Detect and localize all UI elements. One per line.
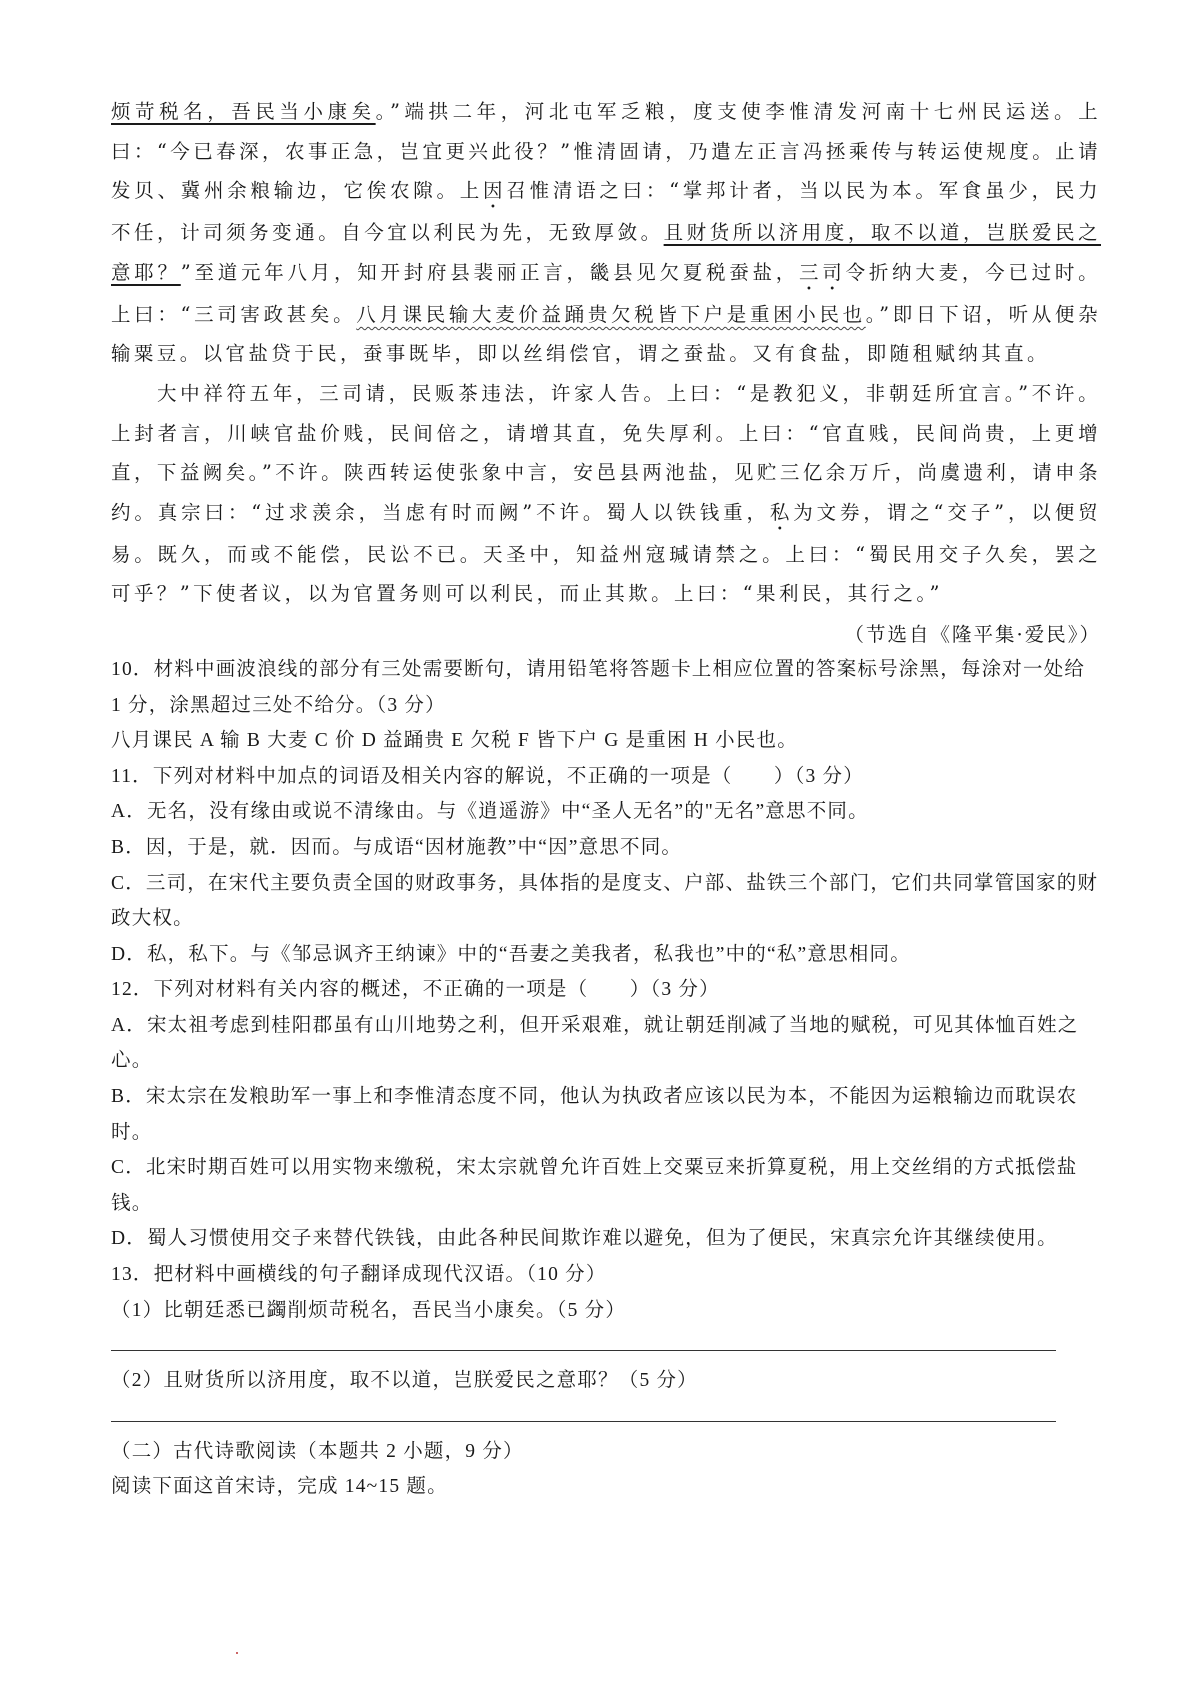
exam-page: 烦苛税名，吾民当小康矣。”端拱二年，河北屯军乏粮，度支使李惟清发河南十七州民运送… [111,92,1101,1505]
question-13-sub-1: （1）比朝廷悉已蠲削烦苛税名，吾民当小康矣。（5 分） [111,1293,1101,1329]
question-12-option-c: C．北宋时期百姓可以用实物来缴税，宋太宗就曾允许百姓上交粟豆来折算夏税，用上交丝… [111,1150,1101,1221]
question-11-option-c: C．三司，在宋代主要负责全国的财政事务，具体指的是度支、户部、盐铁三个部门，它们… [111,866,1101,937]
underlined-sentence-1: 烦苛税名，吾民当小康矣 [111,100,376,123]
dotted-word-sansi: 三司 [799,261,846,284]
answer-line-1[interactable] [111,1328,1056,1351]
stray-mark [236,1652,238,1654]
question-11-option-a: A．无名，没有缘由或说不清缘由。与《逍遥游》中“圣人无名”的"无名”意思不同。 [111,794,1101,830]
wavy-underlined-sentence: 八月课民输大麦价益踊贵欠税皆下户是重困小民也 [356,303,866,326]
question-11-stem: 11．下列对材料中加点的词语及相关内容的解说，不正确的一项是（ ）（3 分） [111,759,1101,795]
questions: 10．材料中画波浪线的部分有三处需要断句，请用铅笔将答题卡上相应位置的答案标号涂… [111,652,1101,1505]
dotted-word-si: 私 [770,501,793,524]
section-2-heading: （二）古代诗歌阅读（本题共 2 小题，9 分） [111,1434,1101,1470]
question-12-option-a: A．宋太祖考虑到桂阳郡虽有山川地势之利，但开采艰难，就让朝廷削减了当地的赋税，可… [111,1008,1101,1079]
section-2-instruction: 阅读下面这首宋诗，完成 14~15 题。 [111,1469,1101,1505]
passage-paragraph-1: 烦苛税名，吾民当小康矣。”端拱二年，河北屯军乏粮，度支使李惟清发河南十七州民运送… [111,92,1101,374]
question-10-segments: 八月课民 A 输 B 大麦 C 价 D 益踊贵 E 欠税 F 皆下户 G 是重困… [111,723,1101,759]
question-11-option-d: D．私，私下。与《邹忌讽齐王纳谏》中的“吾妻之美我者，私我也”中的“私”意思相同… [111,937,1101,973]
question-12-option-d: D．蜀人习惯使用交子来替代铁钱，由此各种民间欺诈难以避免，但为了便民，宋真宗允许… [111,1221,1101,1257]
question-10-stem: 10．材料中画波浪线的部分有三处需要断句，请用铅笔将答题卡上相应位置的答案标号涂… [111,652,1101,723]
dotted-word-yin: 因 [483,179,506,202]
question-13-stem: 13．把材料中画横线的句子翻译成现代汉语。（10 分） [111,1257,1101,1293]
question-11-option-b: B．因，于是，就．因而。与成语“因材施教”中“因”意思不同。 [111,830,1101,866]
question-12-stem: 12．下列对材料有关内容的概述，不正确的一项是（ ）（3 分） [111,972,1101,1008]
classical-passage: 烦苛税名，吾民当小康矣。”端拱二年，河北屯军乏粮，度支使李惟清发河南十七州民运送… [111,92,1101,614]
question-12-option-b: B．宋太宗在发粮助军一事上和李惟清态度不同，他认为执政者应该以民为本，不能因为运… [111,1079,1101,1150]
question-13-sub-2: （2）且财货所以济用度，取不以道，岂朕爱民之意耶？（5 分） [111,1363,1101,1399]
passage-source: （节选自《隆平集·爱民》） [111,618,1101,652]
passage-paragraph-2: 大中祥符五年，三司请，民贩茶违法，许家人告。上曰：“是教犯义，非朝廷所宜言。”不… [111,374,1101,614]
answer-line-2[interactable] [111,1399,1056,1422]
